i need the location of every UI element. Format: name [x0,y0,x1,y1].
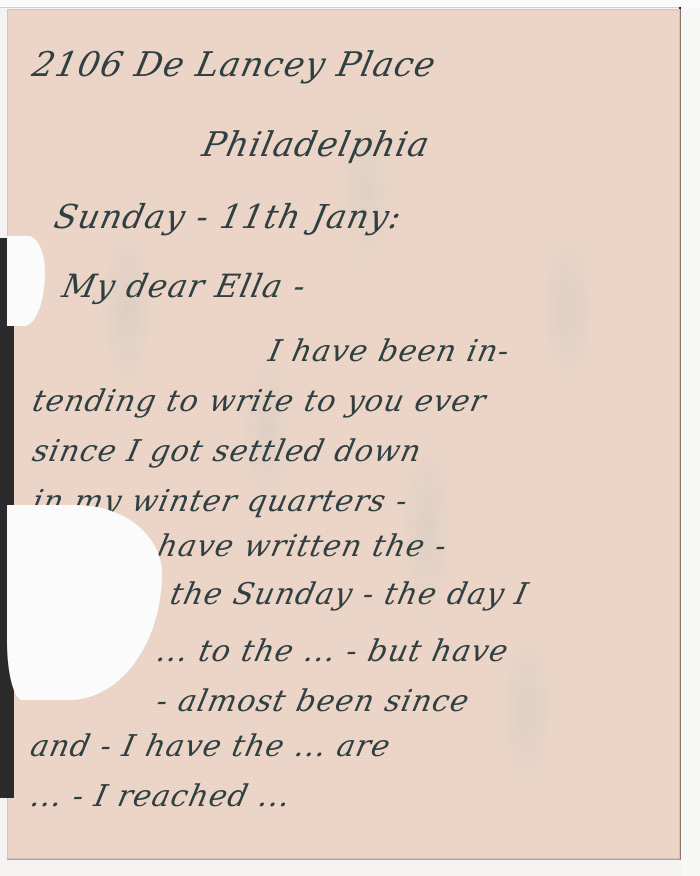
body-line: ... to the ... - but have [153,634,512,669]
body-line: - almost been since [153,684,473,719]
body-line: since I got settled down [29,434,425,469]
letter-date: Sunday - 11th Jany: [51,197,406,236]
scanner-right-margin [681,7,700,876]
body-line: ... - the Sunday - the day I [103,577,531,612]
body-line: tending to write to you ever [29,384,489,419]
body-line: ... - I reached ... [27,779,294,814]
address-city: Philadelphia [199,125,434,165]
scanner-top-edge [0,0,700,8]
salutation: My dear Ella - [59,267,310,305]
body-line: and - I have the ... are [27,729,394,764]
letter-page: 2106 De Lancey Place Philadelphia Sunday… [7,9,681,860]
address-street: 2106 De Lancey Place [29,45,440,85]
body-line: I have been in- [265,334,513,369]
